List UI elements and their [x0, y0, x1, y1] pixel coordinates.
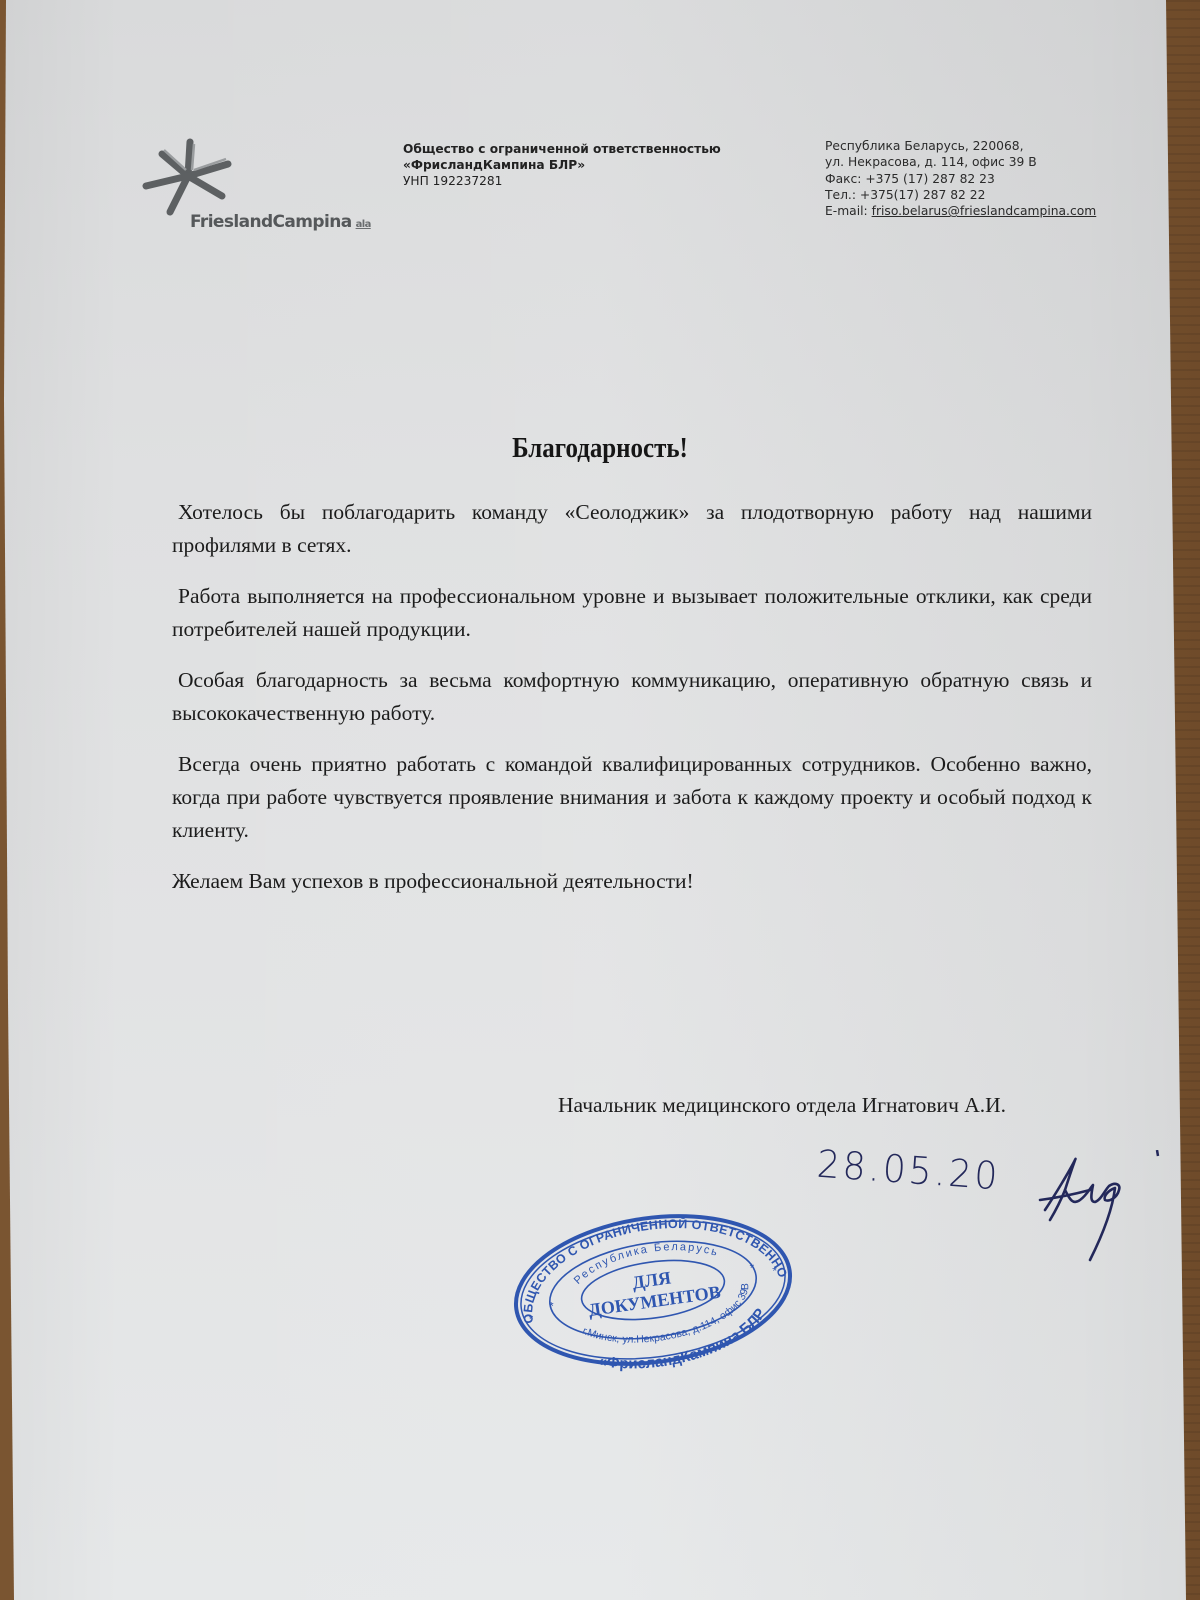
- phone-number: Тел.: +375(17) 287 82 22: [825, 187, 1096, 203]
- signatory: Начальник медицинского отдела Игнатович …: [558, 1093, 1006, 1118]
- letter-body: Хотелось бы поблагодарить команду «Сеоло…: [172, 496, 1092, 916]
- company-logo: FrieslandCampinaala: [140, 134, 380, 234]
- company-unp: УНП 192237281: [403, 173, 721, 189]
- email-label: E-mail:: [825, 204, 872, 218]
- email-link[interactable]: friso.belarus@frieslandcampina.com: [872, 204, 1097, 218]
- star-logo-icon: [140, 134, 240, 224]
- company-stamp-icon: ОБЩЕСТВО С ОГРАНИЧЕННОЙ ОТВЕТСТВЕННОСТЬЮ…: [508, 1206, 798, 1374]
- logo-suffix: ala: [356, 219, 371, 230]
- paragraph-1: Хотелось бы поблагодарить команду «Сеоло…: [172, 496, 1092, 562]
- svg-text:*: *: [749, 1261, 756, 1276]
- paragraph-2: Работа выполняется на профессиональном у…: [172, 580, 1092, 646]
- paragraph-5: Желаем Вам успехов в профессиональной де…: [172, 865, 1092, 898]
- company-short-name: «ФрисландКампина БЛР»: [403, 157, 721, 173]
- svg-text:*: *: [548, 1299, 555, 1314]
- letter-page: FrieslandCampinaala Общество с ограничен…: [0, 0, 1200, 1600]
- handwritten-date: 28.05.20: [816, 1142, 1002, 1199]
- handwritten-signature-icon: [1035, 1150, 1165, 1270]
- email-row: E-mail: friso.belarus@frieslandcampina.c…: [825, 203, 1096, 219]
- letter-title: Благодарность!: [84, 432, 1116, 465]
- company-details: Общество с ограниченной ответственностью…: [403, 141, 721, 189]
- company-contacts: Республика Беларусь, 220068, ул. Некрасо…: [825, 138, 1096, 219]
- company-full-name: Общество с ограниченной ответственностью: [403, 141, 721, 157]
- fax-number: Факс: +375 (17) 287 82 23: [825, 171, 1096, 187]
- logo-wordmark: FrieslandCampinaala: [190, 212, 371, 232]
- paragraph-4: Всегда очень приятно работать с командой…: [172, 748, 1092, 847]
- address-line-2: ул. Некрасова, д. 114, офис 39 В: [825, 154, 1096, 170]
- address-line-1: Республика Беларусь, 220068,: [825, 138, 1096, 154]
- paragraph-3: Особая благодарность за весьма комфортну…: [172, 664, 1092, 730]
